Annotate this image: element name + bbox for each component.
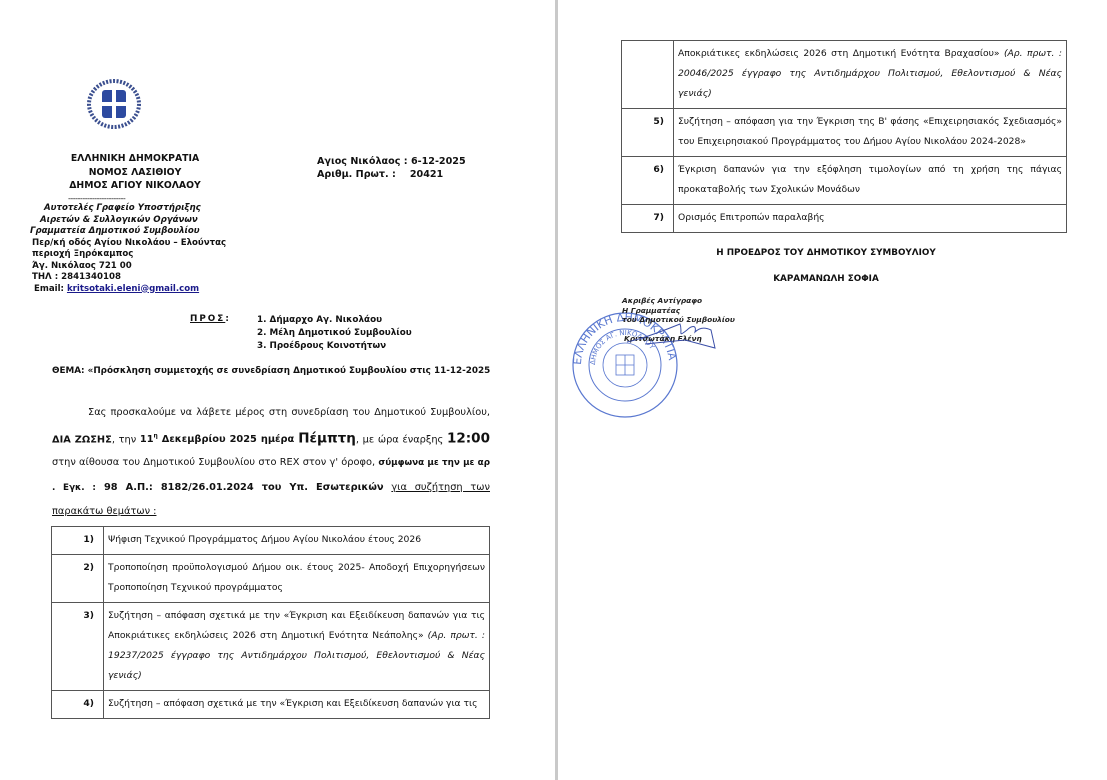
agenda-row: Αποκριάτικες εκδηλώσεις 2026 στη Δημοτικ… [622,41,1067,109]
agenda-item-text: Συζήτηση – απόφαση σχετικά με την «Έγκρι… [104,691,490,719]
meeting-weekday: Πέμπτη [298,430,356,446]
meeting-time: 12:00 [447,430,490,446]
recipients-list: 1. Δήμαρχο Αγ. Νικολάου 2. Μέλη Δημοτικο… [257,314,412,353]
signatory-title: Η ΠΡΟΕΔΡΟΣ ΤΟΥ ΔΗΜΟΤΙΚΟΥ ΣΥΜΒΟΥΛΙΟΥ [636,248,1016,258]
org-line-prefecture: ΝΟΜΟΣ ΛΑΣΙΘΙΟΥ [50,166,220,180]
subject-line: ΘΕΜΑ: «Πρόσκληση συμμετοχής σε συνεδρίασ… [52,366,490,376]
office-line: Αιρετών & Συλλογικών Οργάνων [30,215,226,227]
address-line: Περ/κή οδός Αγίου Νικολάου – Ελούντας [30,238,226,250]
document-date: Αγιος Νικόλαος : 6-12-2025 [317,155,466,168]
address-line: Άγ. Νικόλαος 721 00 [30,261,226,273]
recipient-item: 1. Δήμαρχο Αγ. Νικολάου [257,314,412,327]
agenda-row: 6)Έγκριση δαπανών για την εξόφληση τιμολ… [622,157,1067,205]
invitation-paragraph: Σας προσκαλούμε να λάβετε μέρος στη συνε… [52,401,490,524]
separator-line: ------------------------ [68,194,125,203]
office-line: Αυτοτελές Γραφείο Υποστήριξης [30,203,226,215]
recipient-item: 3. Προέδρους Κοινοτήτων [257,340,412,353]
recipient-item: 2. Μέλη Δημοτικού Συμβουλίου [257,327,412,340]
agenda-item-number: 4) [52,691,104,719]
signatory-name: ΚΑΡΑΜΑΝΩΛΗ ΣΟΦΙΑ [636,274,1016,284]
agenda-item-number: 7) [622,205,674,233]
agenda-row: 4)Συζήτηση – απόφαση σχετικά με την «Έγκ… [52,691,490,719]
org-line-republic: ΕΛΛΗΝΙΚΗ ΔΗΜΟΚΡΑΤΙΑ [50,152,220,166]
meeting-day: 11 [140,434,154,445]
agenda-row: 3)Συζήτηση – απόφαση σχετικά με την «Έγκ… [52,603,490,691]
agenda-item-text: Έγκριση δαπανών για την εξόφληση τιμολογ… [674,157,1067,205]
agenda-row: 5)Συζήτηση – απόφαση για την Έγκριση της… [622,109,1067,157]
agenda-item-text: Ψήφιση Τεχνικού Προγράμματος Δήμου Αγίου… [104,527,490,555]
agenda-row: 1)Ψήφιση Τεχνικού Προγράμματος Δήμου Αγί… [52,527,490,555]
agenda-item-number: 3) [52,603,104,691]
email-line: Email: kritsotaki.eleni@gmail.com [30,284,226,296]
agenda-item-number: 1) [52,527,104,555]
document-page-1: ΕΛΛΗΝΙΚΗ ΔΗΜΟΚΡΑΤΙΑ ΝΟΜΟΣ ΛΑΣΙΘΙΟΥ ΔΗΜΟΣ… [0,0,556,780]
issuing-authority: ΕΛΛΗΝΙΚΗ ΔΗΜΟΚΡΑΤΙΑ ΝΟΜΟΣ ΛΑΣΙΘΙΟΥ ΔΗΜΟΣ… [50,152,220,193]
agenda-row: 7)Ορισμός Επιτροπών παραλαβής [622,205,1067,233]
agenda-item-number: 2) [52,555,104,603]
agenda-item-text: Συζήτηση – απόφαση για την Έγκριση της Β… [674,109,1067,157]
agenda-item-text: Τροποποίηση προϋπολογισμού Δήμου οικ. έτ… [104,555,490,603]
legal-reference: 98 Α.Π.: 8182/26.01.2024 του Υπ. Εσωτερι… [96,482,384,493]
agenda-row: 2)Τροποποίηση προϋπολογισμού Δήμου οικ. … [52,555,490,603]
email-link[interactable]: kritsotaki.eleni@gmail.com [67,284,199,294]
greek-coat-of-arms-icon [86,78,142,130]
org-line-municipality: ΔΗΜΟΣ ΑΓΙΟΥ ΝΙΚΟΛΑΟΥ [50,179,220,193]
phone-line: ΤΗΛ : 2841340108 [30,272,226,284]
agenda-item-number: 6) [622,157,674,205]
agenda-table-part-2: Αποκριάτικες εκδηλώσεις 2026 στη Δημοτικ… [621,40,1067,233]
office-line: Γραμματεία Δημοτικού Συμβουλίου [30,226,226,238]
protocol-label: Αριθμ. Πρωτ. : [317,169,396,180]
agenda-item-number [622,41,674,109]
agenda-item-text: Συζήτηση – απόφαση σχετικά με την «Έγκρι… [104,603,490,691]
agenda-item-number: 5) [622,109,674,157]
meeting-mode: ΔΙΑ ΖΩΣΗΣ [52,434,112,445]
agenda-item-text: Αποκριάτικες εκδηλώσεις 2026 στη Δημοτικ… [674,41,1067,109]
recipients-label: ΠΡΟΣ: [190,314,231,324]
date-protocol-block: Αγιος Νικόλαος : 6-12-2025 Αριθμ. Πρωτ. … [317,155,466,181]
agenda-item-text: Ορισμός Επιτροπών παραλαβής [674,205,1067,233]
agenda-table-part-1: 1)Ψήφιση Τεχνικού Προγράμματος Δήμου Αγί… [51,526,490,719]
protocol-number: 20421 [410,169,443,180]
handwritten-signature-icon [625,318,720,350]
email-label: Email: [34,284,67,294]
address-line: περιοχή Ξηρόκαμπος [30,249,226,261]
office-info: Αυτοτελές Γραφείο Υποστήριξης Αιρετών & … [30,203,226,295]
